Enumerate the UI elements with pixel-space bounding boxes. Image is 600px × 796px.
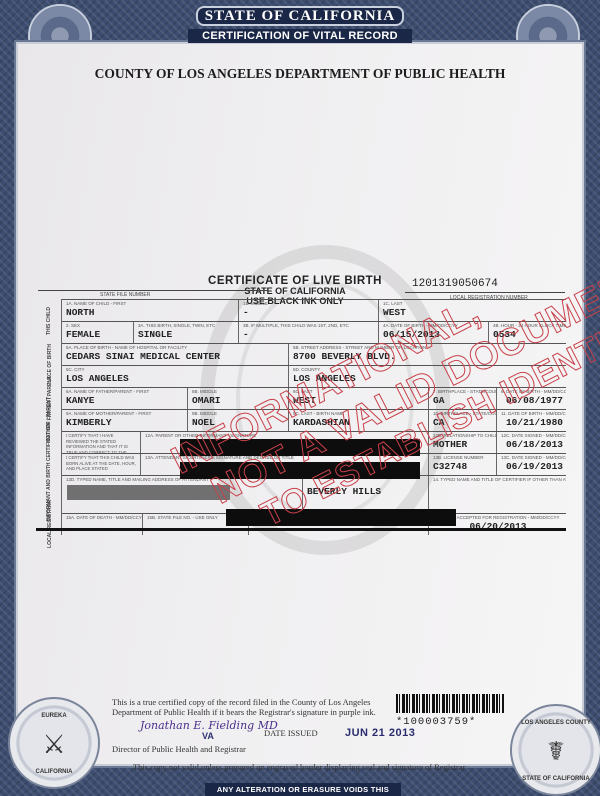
field-city: 5C. CITYLOS ANGELES (62, 366, 288, 387)
section-child: THIS CHILD (38, 299, 62, 343)
certificate-page: STATE OF CALIFORNIA CERTIFICATION OF VIT… (0, 0, 600, 796)
form-row: 1A. NAME OF CHILD - FIRSTNORTH 1B. MIDDL… (62, 299, 566, 321)
certified-copy-text: This is a true certified copy of the rec… (112, 697, 376, 717)
field-birth-type: 3A. THIS BIRTH, SINGLE, TWIN, ETCSINGLE (133, 322, 238, 343)
signature-suffix: VA (202, 731, 214, 741)
alteration-warning-banner: ANY ALTERATION OR ERASURE VOIDS THIS CER… (205, 783, 401, 796)
attendant-certify-text: I CERTIFY THAT THIS CHILD WAS BORN ALIVE… (62, 454, 140, 475)
field-sex: 2. SEXFEMALE (62, 322, 133, 343)
los-angeles-county-seal-icon: LOS ANGELES COUNTY ☤ STATE OF CALIFORNIA (510, 704, 600, 796)
field-multiple-order: 3B. IF MULTIPLE, THIS CHILD WAS 1ST, 2ND… (238, 322, 378, 343)
field-child-first: 1A. NAME OF CHILD - FIRSTNORTH (62, 300, 238, 321)
field-child-middle: 1B. MIDDLE- (238, 300, 378, 321)
california-state-seal-icon: EUREKA ⚔ CALIFORNIA (8, 697, 100, 789)
field-informant-date: 12C. DATE SIGNED - MM/DD/CCYY06/18/2013 (496, 432, 566, 453)
barcode-number: *100003759* (396, 716, 476, 728)
certification-banner: CERTIFICATION OF VITAL RECORD (188, 29, 412, 43)
divider (36, 528, 566, 531)
local-registration-number: 1201319050674 (412, 278, 498, 290)
department-title: COUNTY OF LOS ANGELES DEPARTMENT OF PUBL… (0, 66, 600, 82)
divider (405, 292, 565, 293)
section-local-registrar: LOCAL REGISTRAR (38, 513, 62, 535)
field-father-first: 6A. NAME OF FATHER/PARENT - FIRSTKANYE (62, 388, 187, 409)
informant-certify-text: I CERTIFY THAT I HAVE REVIEWED THE STATE… (62, 432, 140, 453)
field-death-date: 15A. DATE OF DEATH - MM/DD/CCYY (62, 514, 142, 535)
field-attendant-date: 13C. DATE SIGNED - MM/DD/CCYY06/19/2013 (496, 454, 566, 475)
date-issued-label: DATE ISSUED (264, 728, 318, 738)
header-banner: STATE OF CALIFORNIA CERTIFICATION OF VIT… (188, 6, 412, 46)
state-banner: STATE OF CALIFORNIA (196, 6, 404, 26)
director-title: Director of Public Health and Registrar (112, 744, 246, 754)
certificate-title-main: CERTIFICATE OF LIVE BIRTH (190, 276, 400, 286)
certificate-subtitle: STATE OF CALIFORNIA (190, 286, 400, 296)
field-license: 13B. LICENSE NUMBERC32748 (428, 454, 496, 475)
field-mother-first: 9A. NAME OF MOTHER/PARENT - FIRSTKIMBERL… (62, 410, 187, 431)
redaction-bar (67, 485, 230, 500)
barcode-icon (396, 694, 504, 713)
field-facility: 5A. PLACE OF BIRTH - NAME OF HOSPITAL OR… (62, 344, 288, 365)
divider (38, 290, 268, 291)
field-certifier: 14. TYPED NAME AND TITLE OF CERTIFIER IF… (428, 476, 566, 513)
date-issued: JUN 21 2013 (345, 727, 415, 739)
state-file-number-label: STATE FILE NUMBER (100, 292, 150, 298)
